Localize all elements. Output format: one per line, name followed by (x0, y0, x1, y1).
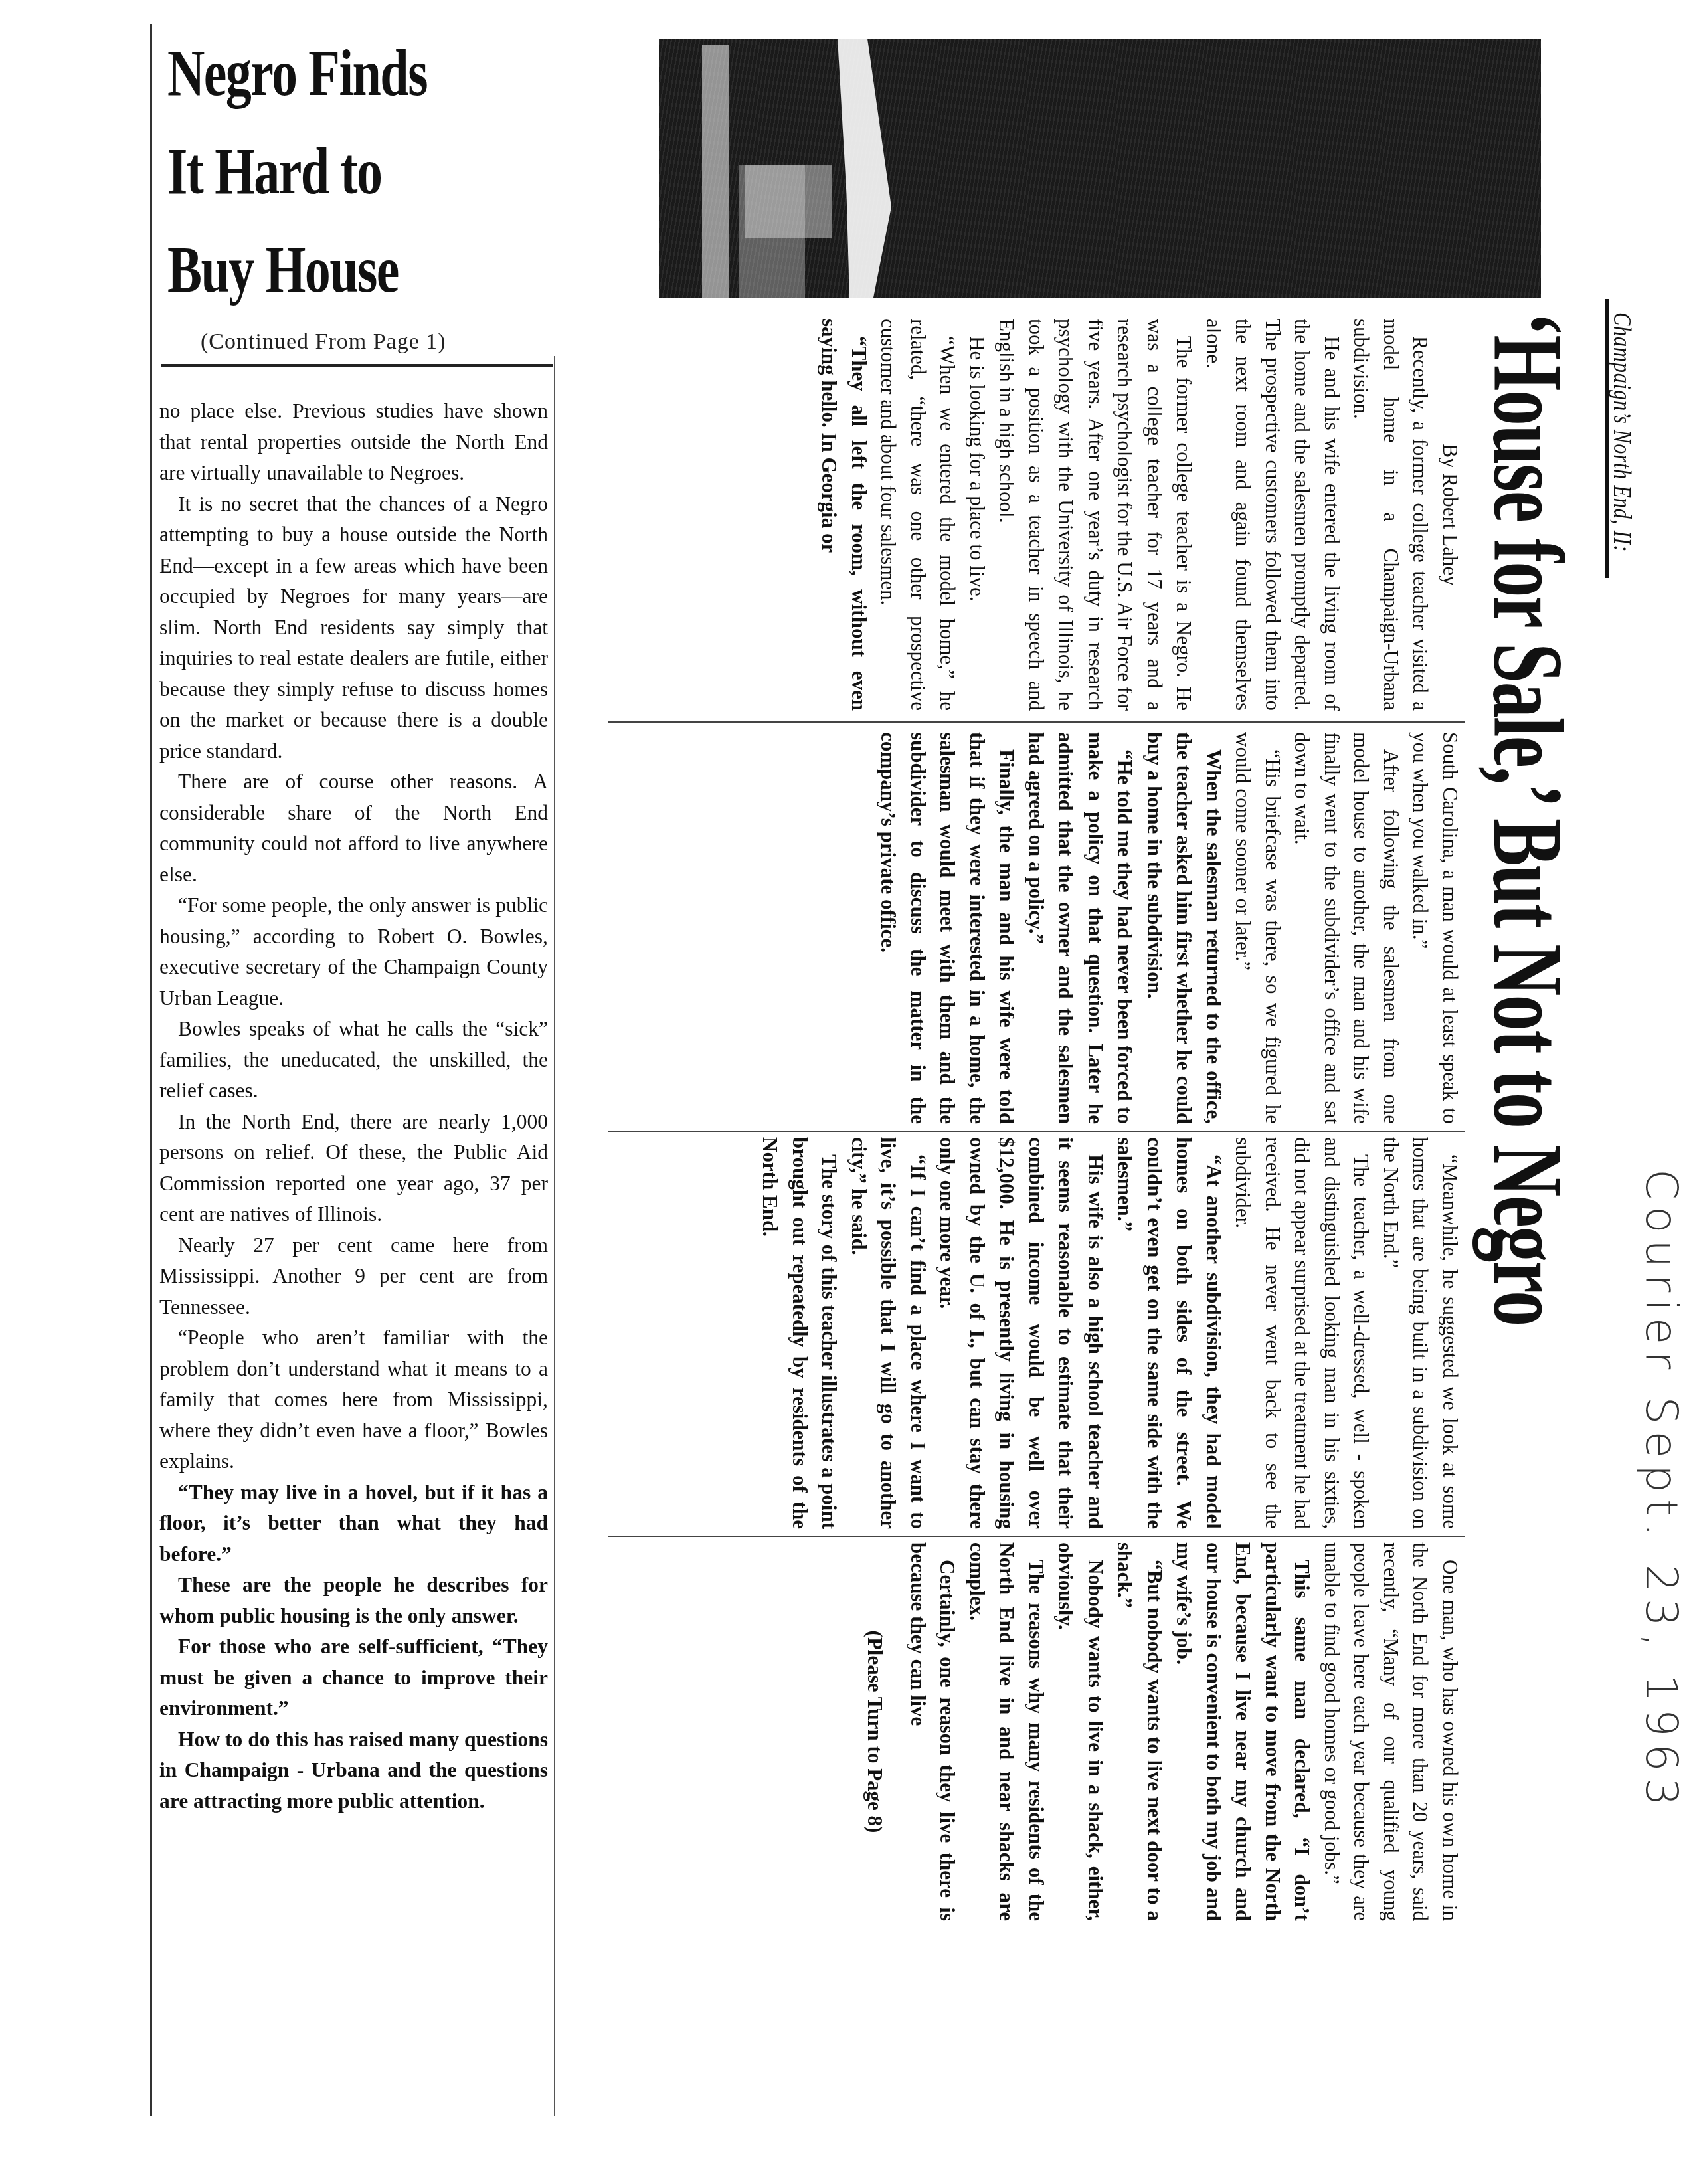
headline-rule (161, 364, 553, 367)
paragraph: Recently, a former college teacher visit… (1346, 319, 1435, 711)
paragraph: Certainly, one reason they live there is… (903, 1542, 962, 1921)
paragraph: One man, who has owned his own home in t… (1317, 1542, 1465, 1921)
paragraph: For those who are self-sufficient, “They… (159, 1631, 548, 1724)
column-2: South Carolina, a man would at least spe… (608, 732, 1465, 1124)
paragraph: “He told me they had never been forced t… (1022, 732, 1140, 1124)
photo-texture (659, 39, 1541, 298)
paragraph: The reasons why many residents of the No… (962, 1542, 1051, 1921)
paragraph: “People who aren’t familiar with the pro… (159, 1322, 548, 1477)
paragraph: “If I can’t find a place where I want to… (844, 1137, 933, 1529)
paragraph: The former college teacher is a Negro. H… (992, 319, 1199, 711)
continued-note: (Continued From Page 1) (201, 329, 446, 355)
left-headline-line: Buy House (167, 221, 458, 319)
paragraph: Nearly 27 per cent came here from Missis… (159, 1230, 548, 1323)
left-body: no place else. Previous studies have sho… (159, 396, 548, 1817)
paragraph: It is no secret that the chances of a Ne… (159, 489, 548, 767)
column-rule (608, 1536, 1465, 1537)
column-3: “Meanwhile, he suggested we look at some… (608, 1137, 1465, 1529)
byline: By Robert Lahey (1435, 319, 1465, 711)
column-rule (608, 721, 1465, 723)
paragraph: South Carolina, a man would at least spe… (1405, 732, 1465, 1124)
paragraph: There are of course other reasons. A con… (159, 767, 548, 890)
left-headline-line: It Hard to (167, 122, 458, 221)
paragraph: Bowles speaks of what he calls the “sick… (159, 1014, 548, 1107)
paragraph: “They may live in a hovel, but if it has… (159, 1477, 548, 1570)
paragraph: These are the people he describes for wh… (159, 1570, 548, 1631)
halftone-photo (659, 39, 1541, 298)
paragraph: When the salesman returned to the office… (1140, 732, 1229, 1124)
column-rule (608, 1131, 1465, 1132)
handwritten-note: Courier Sept. 23, 1963 (1636, 1169, 1687, 1813)
paragraph: This same man declared, “I don’t particu… (1169, 1542, 1317, 1921)
paragraph: “At another subdivision, they had model … (1110, 1137, 1228, 1529)
jump-line: (Please Turn to Page 8) (860, 1542, 890, 1921)
main-headline: ‘House for Sale,’ But Not to Negro (1474, 312, 1581, 1326)
paragraph: “When we entered the model home,” he rel… (873, 319, 962, 711)
left-headline-line: Negro Finds (167, 24, 458, 122)
paragraph: “But nobody wants to live next door to a… (1110, 1542, 1169, 1921)
paragraph: Nobody wants to live in a shack, either,… (1051, 1542, 1110, 1921)
paragraph: “They all left the room, without even sa… (814, 319, 873, 711)
paragraph: Finally, the man and his wife were told … (873, 732, 1022, 1124)
article-columns: By Robert Lahey Recently, a former colle… (608, 319, 1465, 1926)
kicker-rule (1605, 299, 1609, 578)
column-4: One man, who has owned his own home in t… (608, 1542, 1465, 1921)
paragraph: He is looking for a place to live. (962, 319, 992, 711)
rotated-article: Champaign’s North End, II: Courier Sept.… (604, 299, 1695, 1940)
paragraph: His wife is also a high school teacher a… (933, 1137, 1110, 1529)
left-clipping: Negro Finds It Hard to Buy House (Contin… (154, 24, 556, 2116)
paragraph: “For some people, the only answer is pub… (159, 890, 548, 1014)
paragraph: “His briefcase was there, so we figured … (1228, 732, 1287, 1124)
clipping-border-left (150, 24, 152, 2116)
paragraph: He and his wife entered the living room … (1199, 319, 1347, 711)
column-1: By Robert Lahey Recently, a former colle… (608, 319, 1465, 711)
clipping-border-right (554, 356, 555, 2116)
paragraph: “Meanwhile, he suggested we look at some… (1376, 1137, 1465, 1529)
paragraph: After following the salesmen from one mo… (1287, 732, 1405, 1124)
kicker: Champaign’s North End, II: (1607, 312, 1637, 552)
paragraph: How to do this has raised many questions… (159, 1724, 548, 1817)
paragraph: The story of this teacher illustrates a … (755, 1137, 844, 1529)
paragraph: In the North End, there are nearly 1,000… (159, 1107, 548, 1230)
paragraph: no place else. Previous studies have sho… (159, 396, 548, 489)
paragraph: The teacher, a well-dressed, well - spok… (1228, 1137, 1376, 1529)
left-headline: Negro Finds It Hard to Buy House (167, 24, 458, 319)
